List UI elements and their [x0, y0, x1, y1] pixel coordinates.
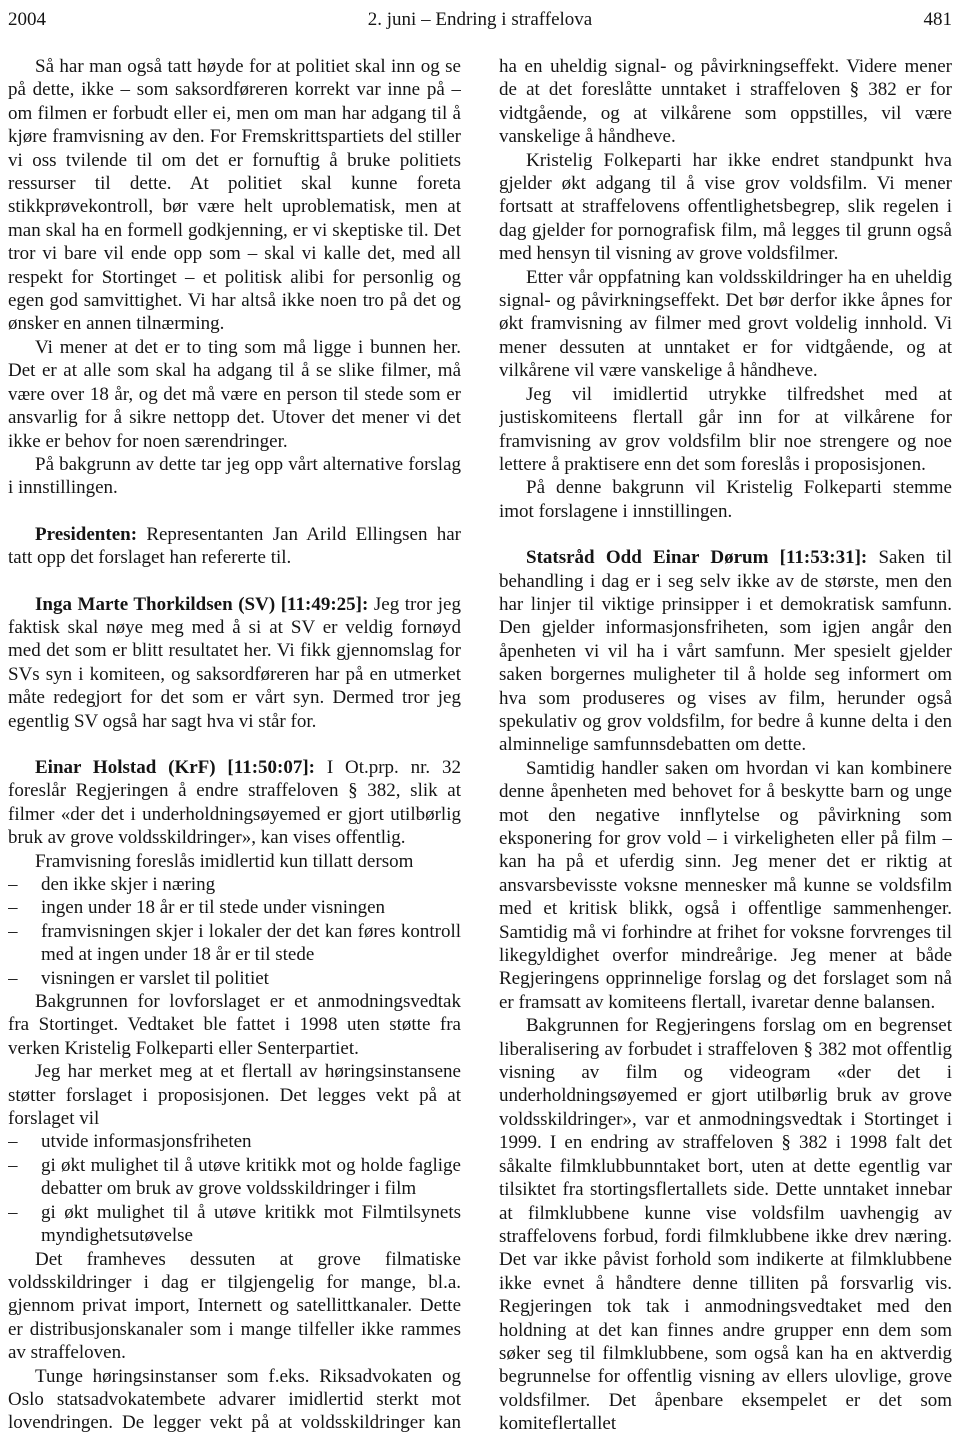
- list-item: –framvisningen skjer i lokaler der det k…: [8, 920, 461, 967]
- paragraph: På denne bakgrunn vil Kristelig Folkepar…: [499, 476, 952, 523]
- paragraph: Jeg har merket meg at et flertall av hør…: [8, 1060, 461, 1130]
- speech-paragraph: Inga Marte Thorkildsen (SV) [11:49:25]: …: [8, 593, 461, 733]
- list-item: –utvide informasjonsfriheten: [8, 1130, 461, 1153]
- list-item-text: visningen er varslet til politiet: [41, 968, 269, 989]
- list-item-text: framvisningen skjer i lokaler der det ka…: [41, 921, 461, 965]
- list-item-text: utvide informasjonsfriheten: [41, 1131, 252, 1152]
- speaker-name: Presidenten:: [35, 524, 137, 545]
- left-column: Så har man også tatt høyde for at politi…: [8, 55, 461, 1432]
- speech-paragraph: Presidenten: Representanten Jan Arild El…: [8, 523, 461, 570]
- paragraph: Kristelig Folkeparti har ikke endret sta…: [499, 149, 952, 266]
- speaker-name: Inga Marte Thorkildsen (SV) [11:49:25]:: [35, 594, 368, 615]
- page-header: 2004 2. juni – Endring i straffelova 481: [0, 0, 960, 34]
- right-column: ha en uheldig signal- og påvirkningseffe…: [499, 55, 952, 1432]
- header-running-title: 2. juni – Endring i straffelova: [0, 8, 960, 31]
- paragraph: Det framheves dessuten at grove filmatis…: [8, 1248, 461, 1365]
- list-item: –gi økt mulighet til å utøve kritikk mot…: [8, 1201, 461, 1248]
- paragraph: ha en uheldig signal- og påvirkningseffe…: [499, 55, 952, 149]
- paragraph: Jeg vil imidlertid utrykke tilfredshet m…: [499, 383, 952, 477]
- paragraph: Samtidig handler saken om hvordan vi kan…: [499, 757, 952, 1014]
- paragraph: Bakgrunnen for lovforslaget er et anmodn…: [8, 990, 461, 1060]
- list-dash-marker: –: [8, 896, 18, 919]
- list-dash-marker: –: [8, 1130, 18, 1153]
- list-item: –gi økt mulighet til å utøve kritikk mot…: [8, 1154, 461, 1201]
- document-page: 2004 2. juni – Endring i straffelova 481…: [0, 0, 960, 1432]
- list-dash-marker: –: [8, 967, 18, 990]
- list-dash-marker: –: [8, 1201, 18, 1224]
- list-item-text: gi økt mulighet til å utøve kritikk mot …: [41, 1202, 461, 1246]
- paragraph: Bakgrunnen for Regjeringens forslag om e…: [499, 1014, 952, 1432]
- paragraph: Så har man også tatt høyde for at politi…: [8, 55, 461, 336]
- speaker-name: Statsråd Odd Einar Dørum [11:53:31]:: [526, 547, 867, 568]
- list-item-text: gi økt mulighet til å utøve kritikk mot …: [41, 1155, 461, 1199]
- list-item: –den ikke skjer i næring: [8, 873, 461, 896]
- paragraph: Etter vår oppfatning kan voldsskildringe…: [499, 266, 952, 383]
- speaker-name: Einar Holstad (KrF) [11:50:07]:: [35, 757, 315, 778]
- list-item-text: den ikke skjer i næring: [41, 874, 215, 895]
- list-item: –ingen under 18 år er til stede under vi…: [8, 896, 461, 919]
- paragraph: Vi mener at det er to ting som må ligge …: [8, 336, 461, 453]
- list-item-text: ingen under 18 år er til stede under vis…: [41, 897, 385, 918]
- list-dash-marker: –: [8, 873, 18, 896]
- header-page-number: 481: [924, 8, 953, 31]
- paragraph: Tunge høringsinstanser som f.eks. Riksad…: [8, 1365, 461, 1432]
- list-item: –visningen er varslet til politiet: [8, 967, 461, 990]
- speech-paragraph: Statsråd Odd Einar Dørum [11:53:31]: Sak…: [499, 546, 952, 757]
- list-dash-marker: –: [8, 1154, 18, 1177]
- text-columns: Så har man også tatt høyde for at politi…: [0, 55, 960, 1432]
- list-dash-marker: –: [8, 920, 18, 943]
- speech-paragraph: Einar Holstad (KrF) [11:50:07]: I Ot.prp…: [8, 756, 461, 850]
- paragraph: På bakgrunn av dette tar jeg opp vårt al…: [8, 453, 461, 500]
- paragraph: Framvisning foreslås imidlertid kun till…: [8, 850, 461, 873]
